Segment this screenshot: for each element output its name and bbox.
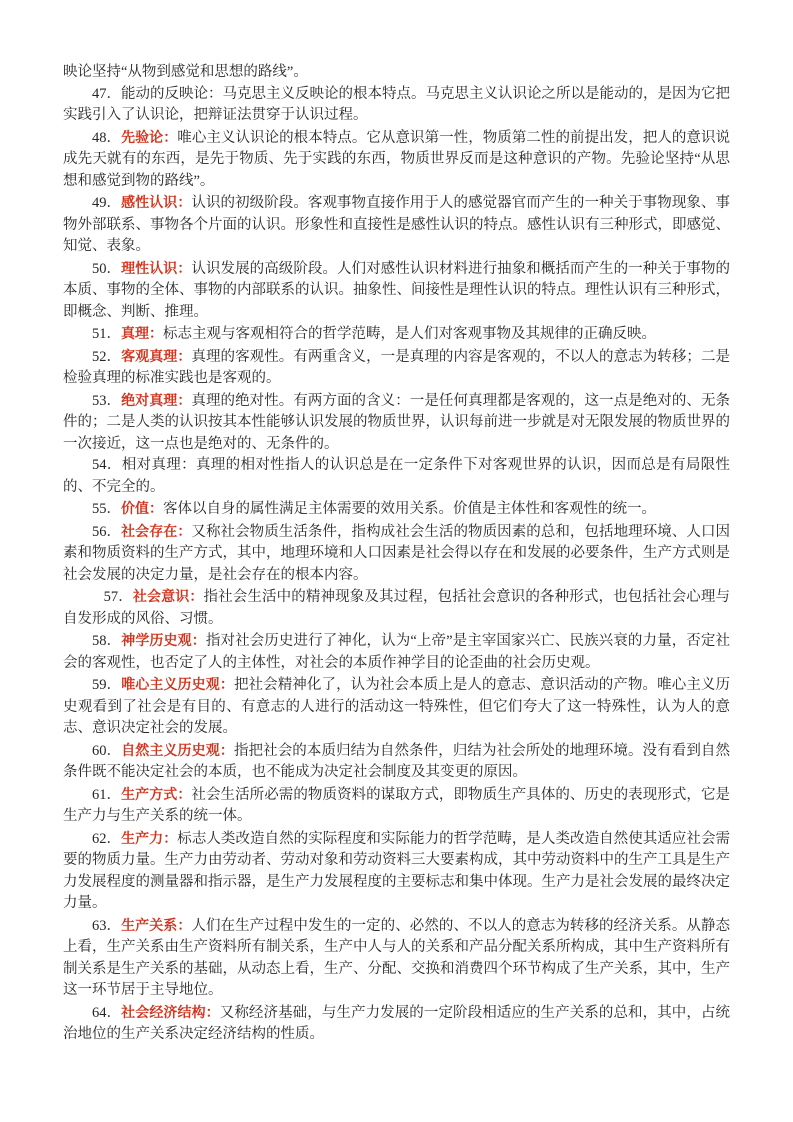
item-number: 61．: [92, 787, 121, 803]
term-label: 相对真理：: [122, 457, 196, 473]
definition-paragraph: 56．社会存在：又称社会物质生活条件，指构成社会生活的物质因素的总和，包括地理环…: [63, 521, 730, 587]
term-label: 社会意识：: [133, 588, 204, 604]
item-number: 57．: [104, 589, 133, 605]
definition-paragraph: 52．客观真理：真理的客观性。有两重含义，一是真理的内容是客观的，不以人的意志为…: [63, 346, 730, 390]
definition-paragraph: 59．唯心主义历史观：把社会精神化了，认为社会本质上是人的意志、意识活动的产物。…: [63, 674, 730, 740]
definition-paragraph: 55．价值：客体以自身的属性满足主体需要的效用关系。价值是主体性和客观性的统一。: [63, 498, 730, 521]
definition-paragraph: 57．社会意识：指社会生活中的精神现象及其过程，包括社会意识的各种形式，也包括社…: [63, 586, 730, 630]
item-number: 56．: [92, 524, 121, 540]
definition-paragraph: 58．神学历史观：指对社会历史进行了神化，认为“上帝”是主宰国家兴亡、民族兴衰的…: [63, 630, 730, 674]
term-label: 神学历史观：: [121, 632, 206, 648]
item-number: 59．: [92, 677, 121, 693]
item-number: 52．: [92, 349, 121, 365]
definition-text: 映论坚持“从物到感觉和思想的路线”。: [63, 64, 308, 80]
term-label: 社会存在：: [121, 523, 191, 539]
item-number: 55．: [92, 501, 121, 517]
term-label: 感性认识：: [121, 194, 191, 210]
document-body: 映论坚持“从物到感觉和思想的路线”。 47．能动的反映论：马克思主义反映论的根本…: [63, 62, 730, 1046]
item-number: 53．: [92, 393, 121, 409]
definition-paragraph: 62．生产力：标志人类改造自然的实际程度和实际能力的哲学范畴，是人类改造自然使其…: [63, 828, 730, 915]
item-number: 64．: [92, 1005, 121, 1021]
item-number: 63．: [92, 918, 121, 934]
item-number: 54．: [92, 457, 122, 473]
term-label: 真理：: [121, 325, 163, 341]
term-label: 生产方式：: [121, 786, 191, 802]
term-label: 绝对真理：: [121, 392, 191, 408]
document-page: 映论坚持“从物到感觉和思想的路线”。 47．能动的反映论：马克思主义反映论的根本…: [0, 0, 793, 1122]
term-label: 能动的反映论：: [121, 86, 223, 102]
definition-paragraph: 61．生产方式：社会生活所必需的物质资料的谋取方式，即物质生产具体的、历史的表现…: [63, 784, 730, 828]
definition-paragraph: 63．生产关系：人们在生产过程中发生的一定的、必然的、不以人的意志为转移的经济关…: [63, 915, 730, 1002]
term-label: 生产关系：: [121, 917, 191, 933]
definition-paragraph: 映论坚持“从物到感觉和思想的路线”。: [63, 62, 730, 84]
item-number: 50．: [92, 261, 121, 277]
item-number: 49．: [92, 195, 121, 211]
definition-paragraph: 48．先验论：唯心主义认识论的根本特点。它从意识第一性，物质第二性的前提出发，把…: [63, 127, 730, 193]
item-number: 58．: [92, 633, 121, 649]
term-label: 先验论：: [121, 129, 177, 145]
term-label: 理性认识：: [121, 260, 191, 276]
item-number: 62．: [92, 831, 121, 847]
term-label: 自然主义历史观：: [121, 742, 234, 758]
definition-paragraph: 49．感性认识：认识的初级阶段。客观事物直接作用于人的感觉器官而产生的一种关于事…: [63, 192, 730, 258]
item-number: 60．: [92, 743, 121, 759]
definition-paragraph: 53．绝对真理：真理的绝对性。有两方面的含义：一是任何真理都是客观的，这一点是绝…: [63, 390, 730, 456]
definition-paragraph: 50．理性认识：认识发展的高级阶段。人们对感性认识材料进行抽象和概括而产生的一种…: [63, 258, 730, 324]
definition-paragraph: 60．自然主义历史观：指把社会的本质归结为自然条件，归结为社会所处的地理环境。没…: [63, 740, 730, 784]
definition-paragraph: 51．真理：标志主观与客观相符合的哲学范畴，是人们对客观事物及其规律的正确反映。: [63, 323, 730, 346]
term-label: 价值：: [121, 500, 163, 516]
term-label: 社会经济结构：: [121, 1004, 220, 1020]
term-label: 唯心主义历史观：: [121, 676, 234, 692]
definition-paragraph: 54．相对真理：真理的相对性指人的认识总是在一定条件下对客观世界的认识，因而总是…: [63, 455, 730, 498]
term-label: 客观真理：: [121, 348, 191, 364]
definition-text: 客体以自身的属性满足主体需要的效用关系。价值是主体性和客观性的统一。: [163, 501, 656, 517]
definition-text: 标志主观与客观相符合的哲学范畴，是人们对客观事物及其规律的正确反映。: [163, 326, 656, 342]
definition-paragraph: 64．社会经济结构：又称经济基础，与生产力发展的一定阶段相适应的生产关系的总和，…: [63, 1002, 730, 1046]
item-number: 51．: [92, 326, 121, 342]
item-number: 47．: [92, 86, 121, 102]
item-number: 48．: [92, 130, 121, 146]
term-label: 生产力：: [121, 830, 177, 846]
definition-paragraph: 47．能动的反映论：马克思主义反映论的根本特点。马克思主义认识论之所以是能动的，…: [63, 84, 730, 127]
